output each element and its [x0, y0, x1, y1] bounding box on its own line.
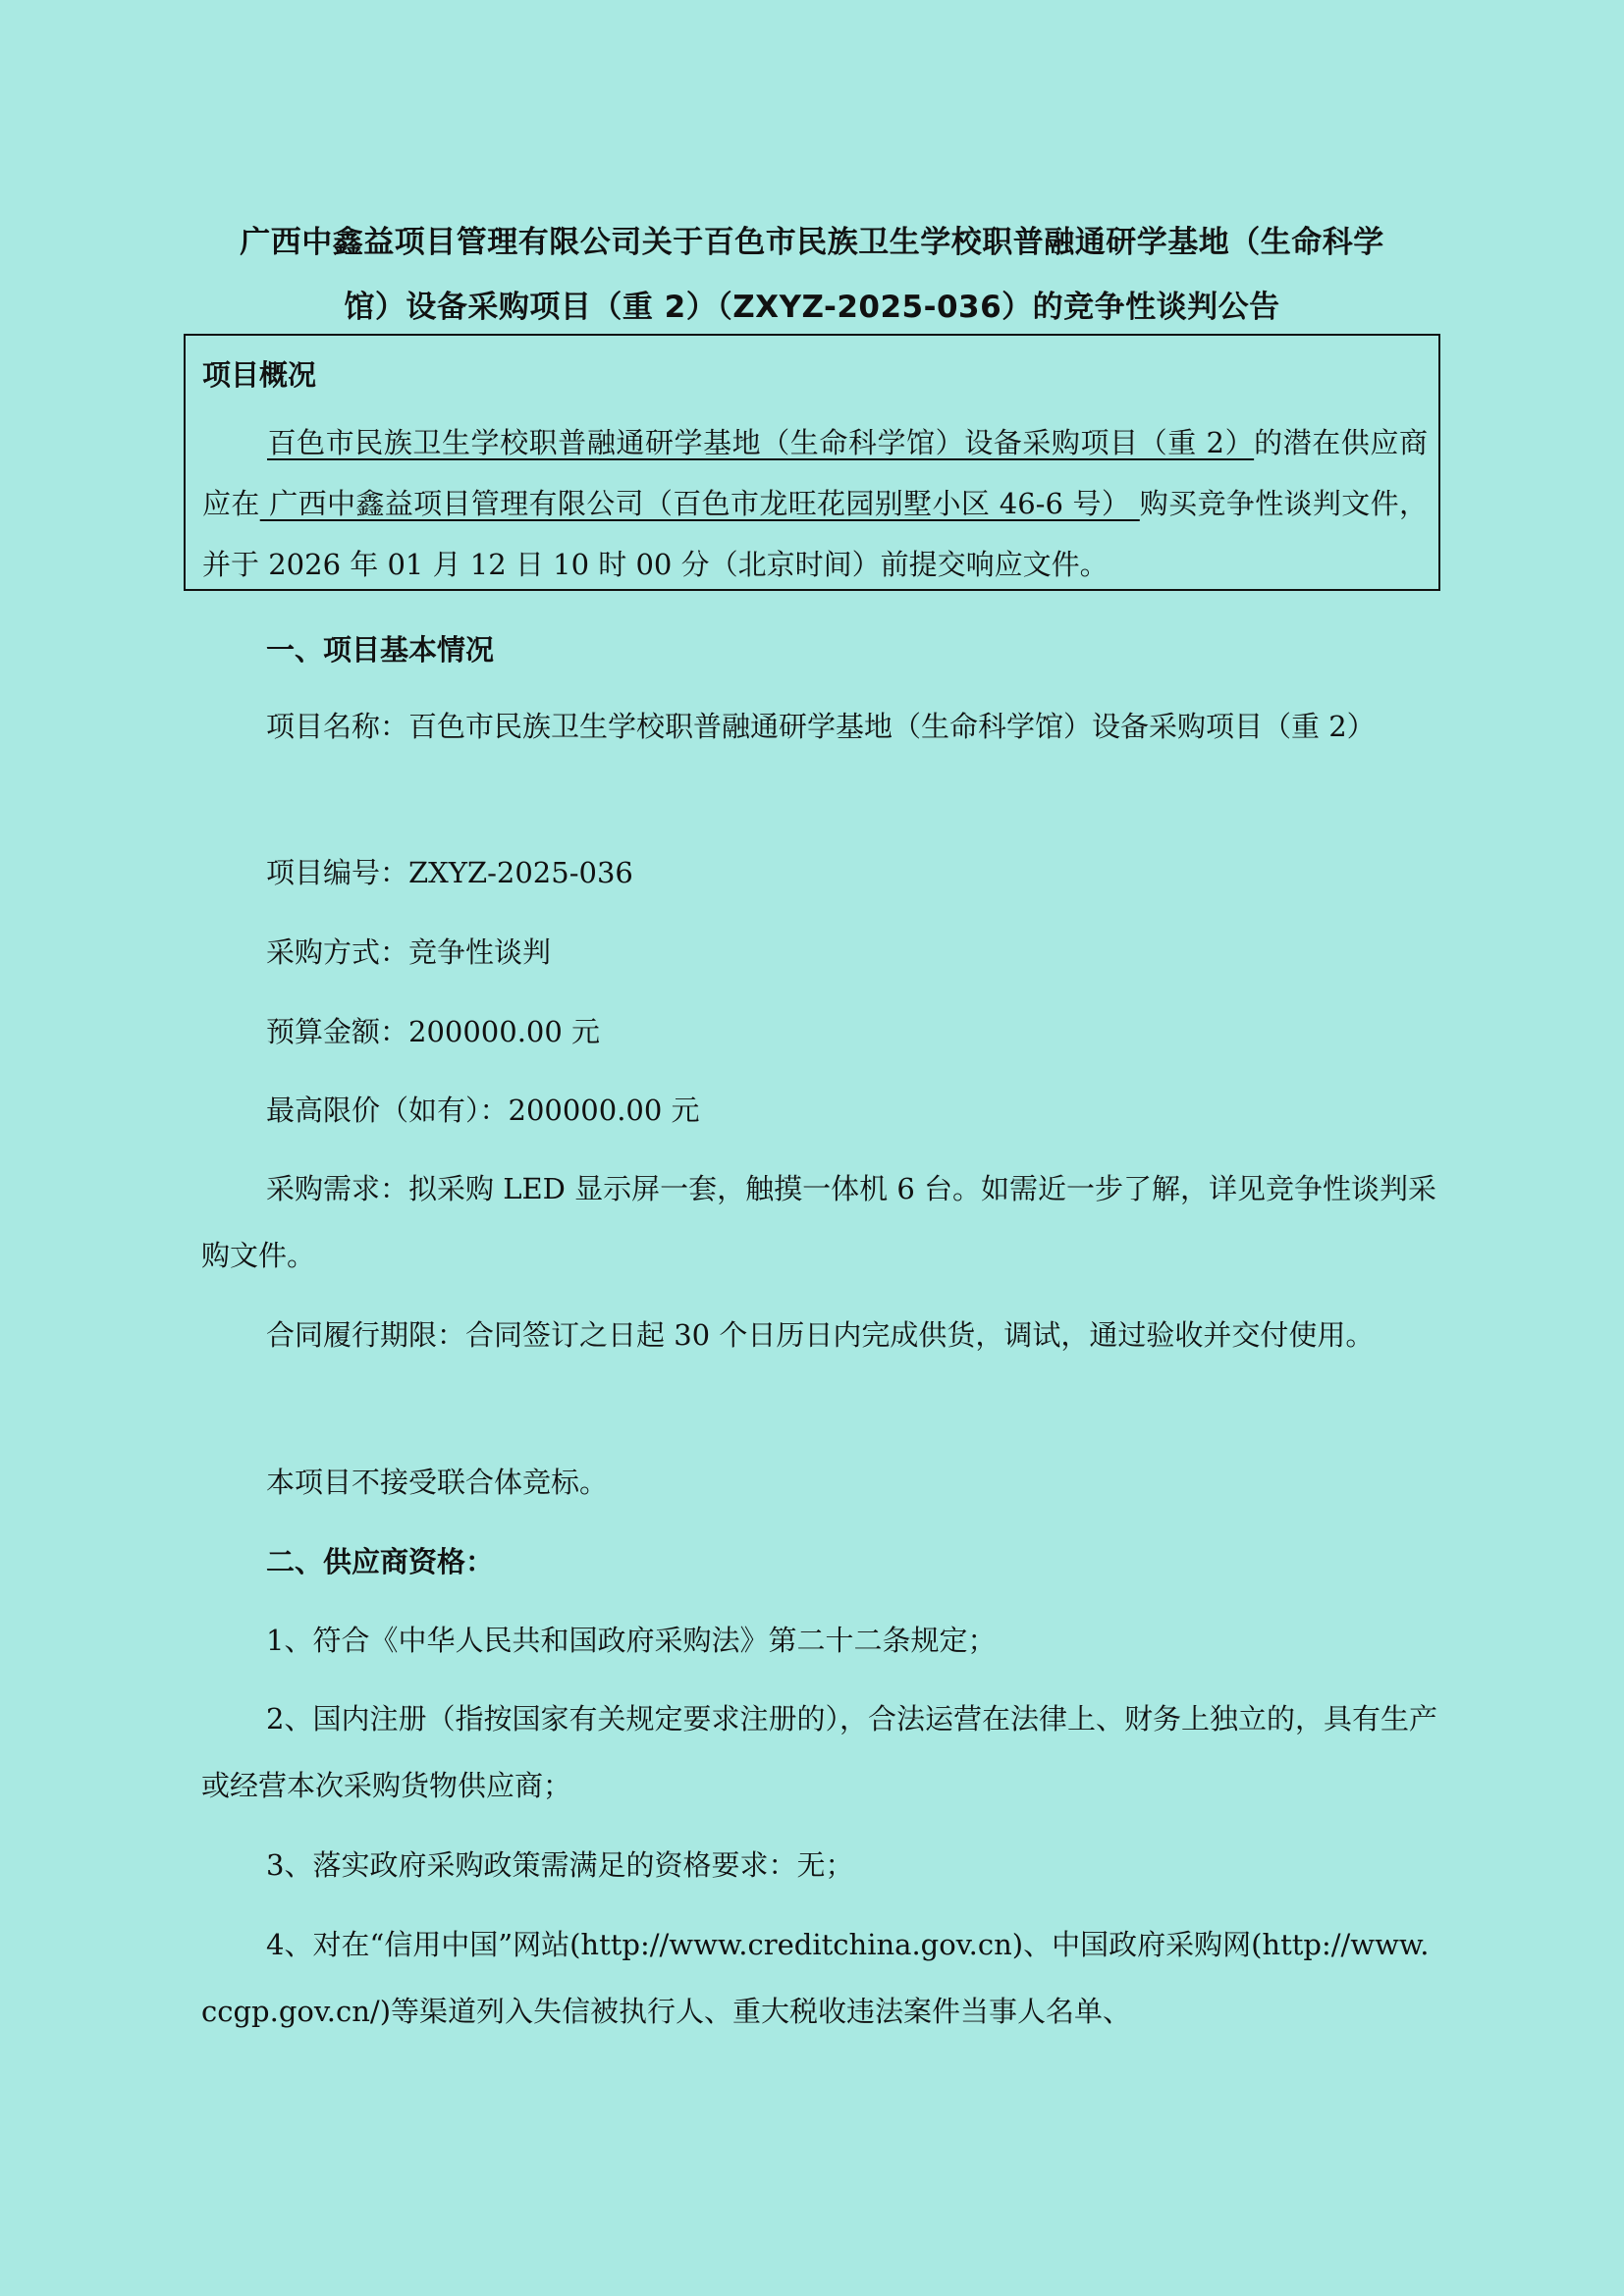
budget-amount: 预算金额：200000.00 元: [266, 998, 1505, 1065]
qualification-item-2: 2、国内注册（指按国家有关规定要求注册的），合法运营在法律上、财务上独立的，具有…: [201, 1685, 1440, 1819]
qualification-item-4: 4、对在“信用中国”网站(http://www.creditchina.gov.…: [201, 1911, 1440, 2045]
title-line-1: 广西中鑫益项目管理有限公司关于百色市民族卫生学校职普融通研学基地（生命科学: [196, 210, 1428, 275]
overview-body: 百色市民族卫生学校职普融通研学基地（生命科学馆）设备采购项目（重 2）的潜在供应…: [202, 412, 1428, 595]
overview-box: 项目概况 百色市民族卫生学校职普融通研学基地（生命科学馆）设备采购项目（重 2）…: [184, 334, 1440, 591]
overview-heading: 项目概况: [202, 355, 316, 395]
overview-agency: 广西中鑫益项目管理有限公司（百色市龙旺花园别墅小区 46-6 号）: [260, 487, 1140, 520]
contract-term: 合同履行期限：合同签订之日起 30 个日历日内完成供货，调试，通过验收并交付使用…: [201, 1302, 1440, 1368]
max-price: 最高限价（如有）：200000.00 元: [266, 1077, 1505, 1144]
consortium-note: 本项目不接受联合体竞标。: [266, 1449, 1505, 1516]
qualification-item-3: 3、落实政府采购政策需满足的资格要求：无；: [266, 1832, 1505, 1898]
project-number: 项目编号：ZXYZ-2025-036: [266, 839, 1505, 906]
procurement-requirements: 采购需求：拟采购 LED 显示屏一套，触摸一体机 6 台。如需近一步了解，详见竞…: [201, 1155, 1440, 1289]
procurement-method: 采购方式：竞争性谈判: [266, 919, 1505, 986]
section1-heading: 一、项目基本情况: [266, 616, 1505, 683]
qualification-item-1: 1、符合《中华人民共和国政府采购法》第二十二条规定；: [266, 1607, 1505, 1674]
title-line-2: 馆）设备采购项目（重 2）（ZXYZ-2025-036）的竞争性谈判公告: [196, 275, 1428, 340]
overview-project-name: 百色市民族卫生学校职普融通研学基地（生命科学馆）设备采购项目（重 2）: [267, 426, 1254, 459]
section2-heading: 二、供应商资格：: [266, 1528, 1505, 1595]
document-page: 广西中鑫益项目管理有限公司关于百色市民族卫生学校职普融通研学基地（生命科学 馆）…: [0, 0, 1624, 2296]
document-title: 广西中鑫益项目管理有限公司关于百色市民族卫生学校职普融通研学基地（生命科学 馆）…: [196, 210, 1428, 340]
project-name: 项目名称：百色市民族卫生学校职普融通研学基地（生命科学馆）设备采购项目（重 2）: [201, 693, 1440, 760]
